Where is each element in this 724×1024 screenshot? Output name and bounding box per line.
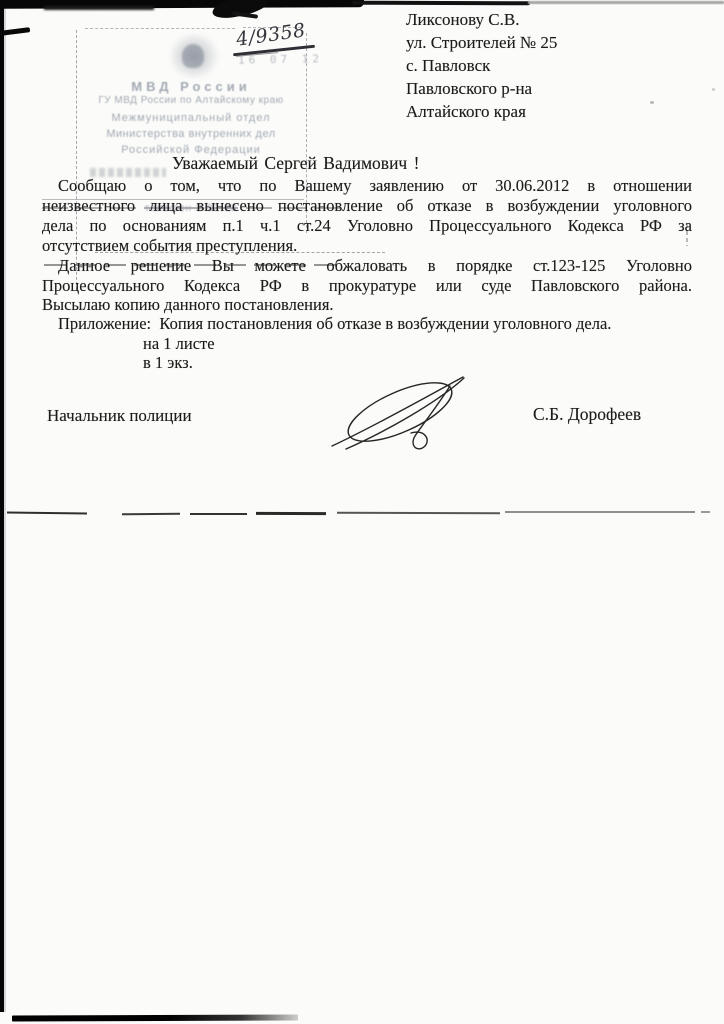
scan-top-gray-line: [528, 1, 724, 4]
scan-midline-segment: [7, 511, 87, 514]
attachment-copies: в 1 экз.: [143, 353, 193, 373]
salutation: Уважаемый Сергей Вадимович !: [172, 153, 419, 174]
recipient-region: Алтайского края: [406, 102, 526, 122]
scan-midline-segment: [505, 511, 695, 513]
scan-midline-segment: [701, 511, 710, 513]
scan-top-line: [352, 1, 530, 6]
scan-bottom-bar: [12, 1015, 298, 1021]
para1-line: Сообщаю о том, что по Вашему заявлению о…: [42, 176, 692, 196]
stamp-line-gu-mvd: ГУ МВД России по Алтайскому краю: [76, 95, 306, 106]
attachment-line: Приложение: Копия постановления об отказ…: [42, 314, 692, 334]
scan-speck: [712, 88, 715, 91]
para1-line: неизвестного лица вынесено постановление…: [42, 196, 692, 216]
incoming-date-stamp: 16 07 12: [238, 52, 323, 66]
stamp-line-ministry: Министерства внутренних дел: [76, 128, 306, 140]
stamp-line-otdel: Межмуниципальный отдел: [76, 112, 306, 124]
para2-line: Процессуального Кодекса РФ в прокуратуре…: [42, 276, 692, 296]
handwritten-signature-ink: [330, 370, 485, 465]
scan-midline-segment: [256, 512, 326, 515]
stamp-box-border: [85, 28, 235, 29]
para1-line: дела по основаниям п.1 ч.1 ст.24 Уголовн…: [42, 216, 692, 236]
scan-edge-shade: [4, 0, 6, 1012]
para2-line: Данное решение Вы можете обжаловать в по…: [42, 256, 692, 276]
recipient-name: Ликсонову С.В.: [406, 10, 519, 30]
recipient-district: Павловского р-на: [406, 79, 532, 99]
scan-midline-segment: [337, 512, 500, 515]
signoff-name: С.Б. Дорофеев: [533, 404, 641, 425]
attachment-pages: на 1 листе: [143, 334, 215, 354]
scan-midline-segment: [190, 513, 247, 515]
scan-top-blob: [211, 0, 269, 21]
scan-top-blob-tail: [232, 11, 258, 19]
para1-line: отсутствием события преступления.: [42, 236, 692, 256]
recipient-village: с. Павловск: [406, 56, 490, 76]
para2-line: Высылаю копию данного постановления.: [42, 295, 692, 315]
scanned-letter-page: МВД России ГУ МВД России по Алтайскому к…: [0, 0, 724, 1024]
scan-top-artifact-fuzz: [44, 6, 154, 10]
signoff-position: Начальник полиции: [47, 406, 192, 426]
scan-speck: [650, 101, 654, 104]
mvd-emblem-icon: [182, 44, 204, 68]
scan-midline-segment: [122, 513, 180, 516]
recipient-street: ул. Строителей № 25: [406, 33, 557, 53]
stamp-line-mvd: МВД России: [76, 79, 306, 94]
